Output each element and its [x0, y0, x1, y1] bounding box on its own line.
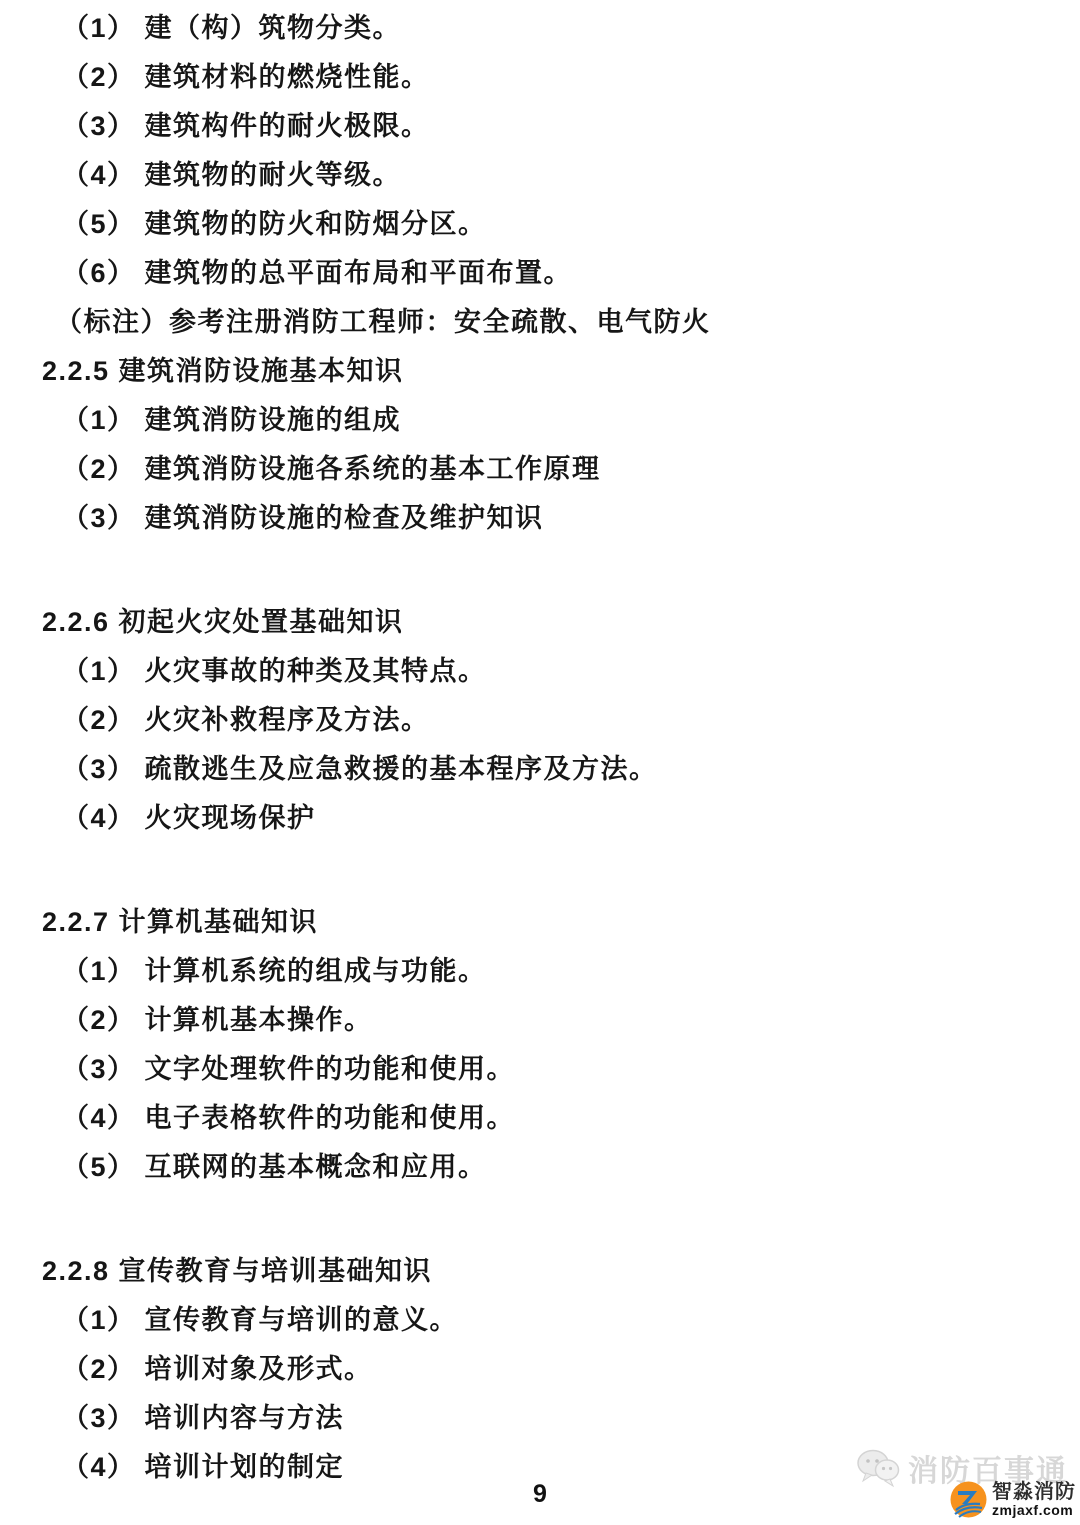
zhimiao-logo-icon [950, 1481, 987, 1518]
document-line: （1） 宣传教育与培训的意义。 [0, 1296, 1080, 1345]
document-note-line: （标注）参考注册消防工程师：安全疏散、电气防火 [0, 298, 1080, 347]
section-heading-2-2-7: 2.2.7 计算机基础知识 [0, 898, 1080, 947]
document-line: （4） 建筑物的耐火等级。 [0, 151, 1080, 200]
section-heading-2-2-6: 2.2.6 初起火灾处置基础知识 [0, 598, 1080, 647]
document-line: （6） 建筑物的总平面布局和平面布置。 [0, 249, 1080, 298]
zhimiao-logo-text: 智淼消防 zmjaxf.com [992, 1482, 1076, 1518]
document-line: （2） 火灾补救程序及方法。 [0, 696, 1080, 745]
document-line: （5） 互联网的基本概念和应用。 [0, 1143, 1080, 1192]
document-line: （2） 建筑消防设施各系统的基本工作原理 [0, 445, 1080, 494]
document-line: （3） 疏散逃生及应急救援的基本程序及方法。 [0, 745, 1080, 794]
document-line: （2） 建筑材料的燃烧性能。 [0, 53, 1080, 102]
section-heading-2-2-5: 2.2.5 建筑消防设施基本知识 [0, 347, 1080, 396]
document-line: （5） 建筑物的防火和防烟分区。 [0, 200, 1080, 249]
chat-bubbles-icon [856, 1448, 902, 1488]
zhimiao-logo-block: 智淼消防 zmjaxf.com [950, 1481, 1076, 1518]
document-line: （3） 建筑消防设施的检查及维护知识 [0, 494, 1080, 543]
zhimiao-logo-domain: zmjaxf.com [992, 1503, 1076, 1518]
document-body: （1） 建（构）筑物分类。 （2） 建筑材料的燃烧性能。 （3） 建筑构件的耐火… [0, 0, 1080, 1492]
document-line: （3） 文字处理软件的功能和使用。 [0, 1045, 1080, 1094]
document-line: （2） 培训对象及形式。 [0, 1345, 1080, 1394]
zhimiao-logo-title: 智淼消防 [992, 1482, 1076, 1503]
document-line: （3） 培训内容与方法 [0, 1394, 1080, 1443]
document-page: （1） 建（构）筑物分类。 （2） 建筑材料的燃烧性能。 （3） 建筑构件的耐火… [0, 0, 1080, 1525]
section-heading-2-2-8: 2.2.8 宣传教育与培训基础知识 [0, 1247, 1080, 1296]
document-line: （3） 建筑构件的耐火极限。 [0, 102, 1080, 151]
document-line: （4） 电子表格软件的功能和使用。 [0, 1094, 1080, 1143]
document-line: （1） 计算机系统的组成与功能。 [0, 947, 1080, 996]
document-line: （1） 火灾事故的种类及其特点。 [0, 647, 1080, 696]
document-line: （4） 火灾现场保护 [0, 794, 1080, 843]
document-line: （1） 建（构）筑物分类。 [0, 4, 1080, 53]
document-line: （2） 计算机基本操作。 [0, 996, 1080, 1045]
document-line: （1） 建筑消防设施的组成 [0, 396, 1080, 445]
